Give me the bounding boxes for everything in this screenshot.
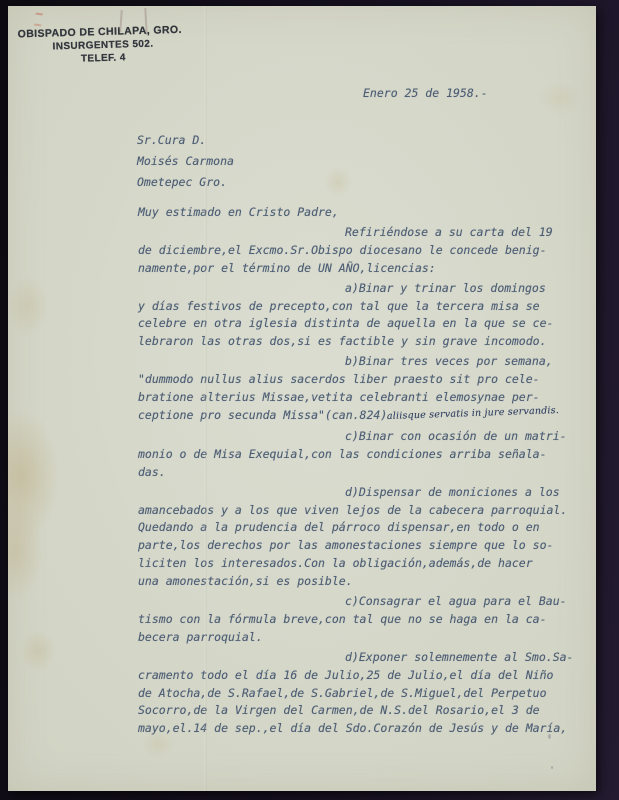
- body-line: lebraron las otras dos,si es factible y …: [138, 333, 578, 351]
- body-paragraph: d)Dispensar de moniciones a losamancebad…: [138, 484, 578, 591]
- body-paragraph: b)Binar tres veces por semana,"dummodo n…: [138, 353, 578, 426]
- body-line: ceptione pro secunda Missa"(can.824)alii…: [138, 407, 578, 426]
- body-line: c)Binar con ocasión de un matri-: [138, 428, 578, 446]
- body-line: namente,por el término de UN AÑO,licenci…: [138, 260, 578, 278]
- body-line: d)Dispensar de moniciones a los: [138, 484, 578, 502]
- body-line: Socorro,de la Virgen del Carmen,de N.S.d…: [138, 702, 578, 720]
- body-line: celebre en otra iglesia distinta de aque…: [138, 315, 578, 333]
- recipient-name: Moisés Carmona: [137, 151, 234, 172]
- body-line: mayo,el.14 de sep.,el día del Sdo.Corazó…: [138, 720, 578, 738]
- body-line: Quedando a la prudencia del párroco disp…: [138, 519, 578, 537]
- faint-red-mark: [34, 13, 43, 27]
- body-line: Muy estimado en Cristo Padre,: [138, 204, 578, 222]
- body-line: becera parroquial.: [138, 629, 578, 647]
- body-line: liciten los interesados.Con la obligació…: [138, 555, 578, 573]
- body-line: de diciembre,el Excmo.Sr.Obispo diocesan…: [138, 242, 578, 260]
- body-line: c)Consagrar el agua para el Bau-: [138, 593, 578, 611]
- date-line: Enero 25 de 1958.-: [363, 86, 488, 100]
- body-line: das.: [138, 464, 578, 482]
- recipient-block: Sr.Cura D. Moisés Carmona Ometepec Gro.: [137, 130, 234, 193]
- letter-page: OBISPADO DE CHILAPA, GRO. INSURGENTES 50…: [8, 6, 596, 791]
- body-line: a)Binar y trinar los domingos: [138, 280, 578, 298]
- recipient-city: Ometepec Gro.: [137, 172, 234, 193]
- body-paragraph: Muy estimado en Cristo Padre,: [138, 204, 578, 222]
- body-line: d)Exponer solemnemente al Smo.Sa-: [138, 649, 578, 667]
- photo-backdrop: OBISPADO DE CHILAPA, GRO. INSURGENTES 50…: [0, 0, 619, 800]
- paper-speck: [551, 766, 553, 769]
- body-line: "dummodo nullus alius sacerdos liber pra…: [138, 371, 578, 389]
- body-line: tismo con la fórmula breve,con tal que n…: [138, 611, 578, 629]
- body-line: Refiriéndose a su carta del 19: [138, 224, 578, 242]
- body-line: monio o de Misa Exequial,con las condici…: [138, 446, 578, 464]
- body-paragraph: c)Consagrar el agua para el Bau-tismo co…: [138, 593, 578, 647]
- body-paragraph: c)Binar con ocasión de un matri-monio o …: [138, 428, 578, 482]
- body-line: y días festivos de precepto,con tal que …: [138, 298, 578, 316]
- body-line: una amonestación,si es posible.: [138, 573, 578, 591]
- letterhead: OBISPADO DE CHILAPA, GRO. INSURGENTES 50…: [18, 24, 189, 67]
- recipient-title: Sr.Cura D.: [137, 130, 234, 151]
- body-line: parte,los derechos por las amonestacione…: [138, 537, 578, 555]
- letter-body: Muy estimado en Cristo Padre,Refiriéndos…: [138, 204, 578, 738]
- body-paragraph: Refiriéndose a su carta del 19de diciemb…: [138, 224, 578, 278]
- body-paragraph: d)Exponer solemnemente al Smo.Sa-crament…: [138, 649, 578, 739]
- body-line: b)Binar tres veces por semana,: [138, 353, 578, 371]
- body-line: cramento todo el día 16 de Julio,25 de J…: [138, 667, 578, 685]
- body-line: de Atocha,de S.Rafael,de S.Gabriel,de S.…: [138, 685, 578, 703]
- body-line: amancebados y a los que viven lejos de l…: [138, 502, 578, 520]
- letterhead-phone: TELEF. 4: [18, 51, 188, 67]
- body-paragraph: a)Binar y trinar los domingosy días fest…: [138, 280, 578, 352]
